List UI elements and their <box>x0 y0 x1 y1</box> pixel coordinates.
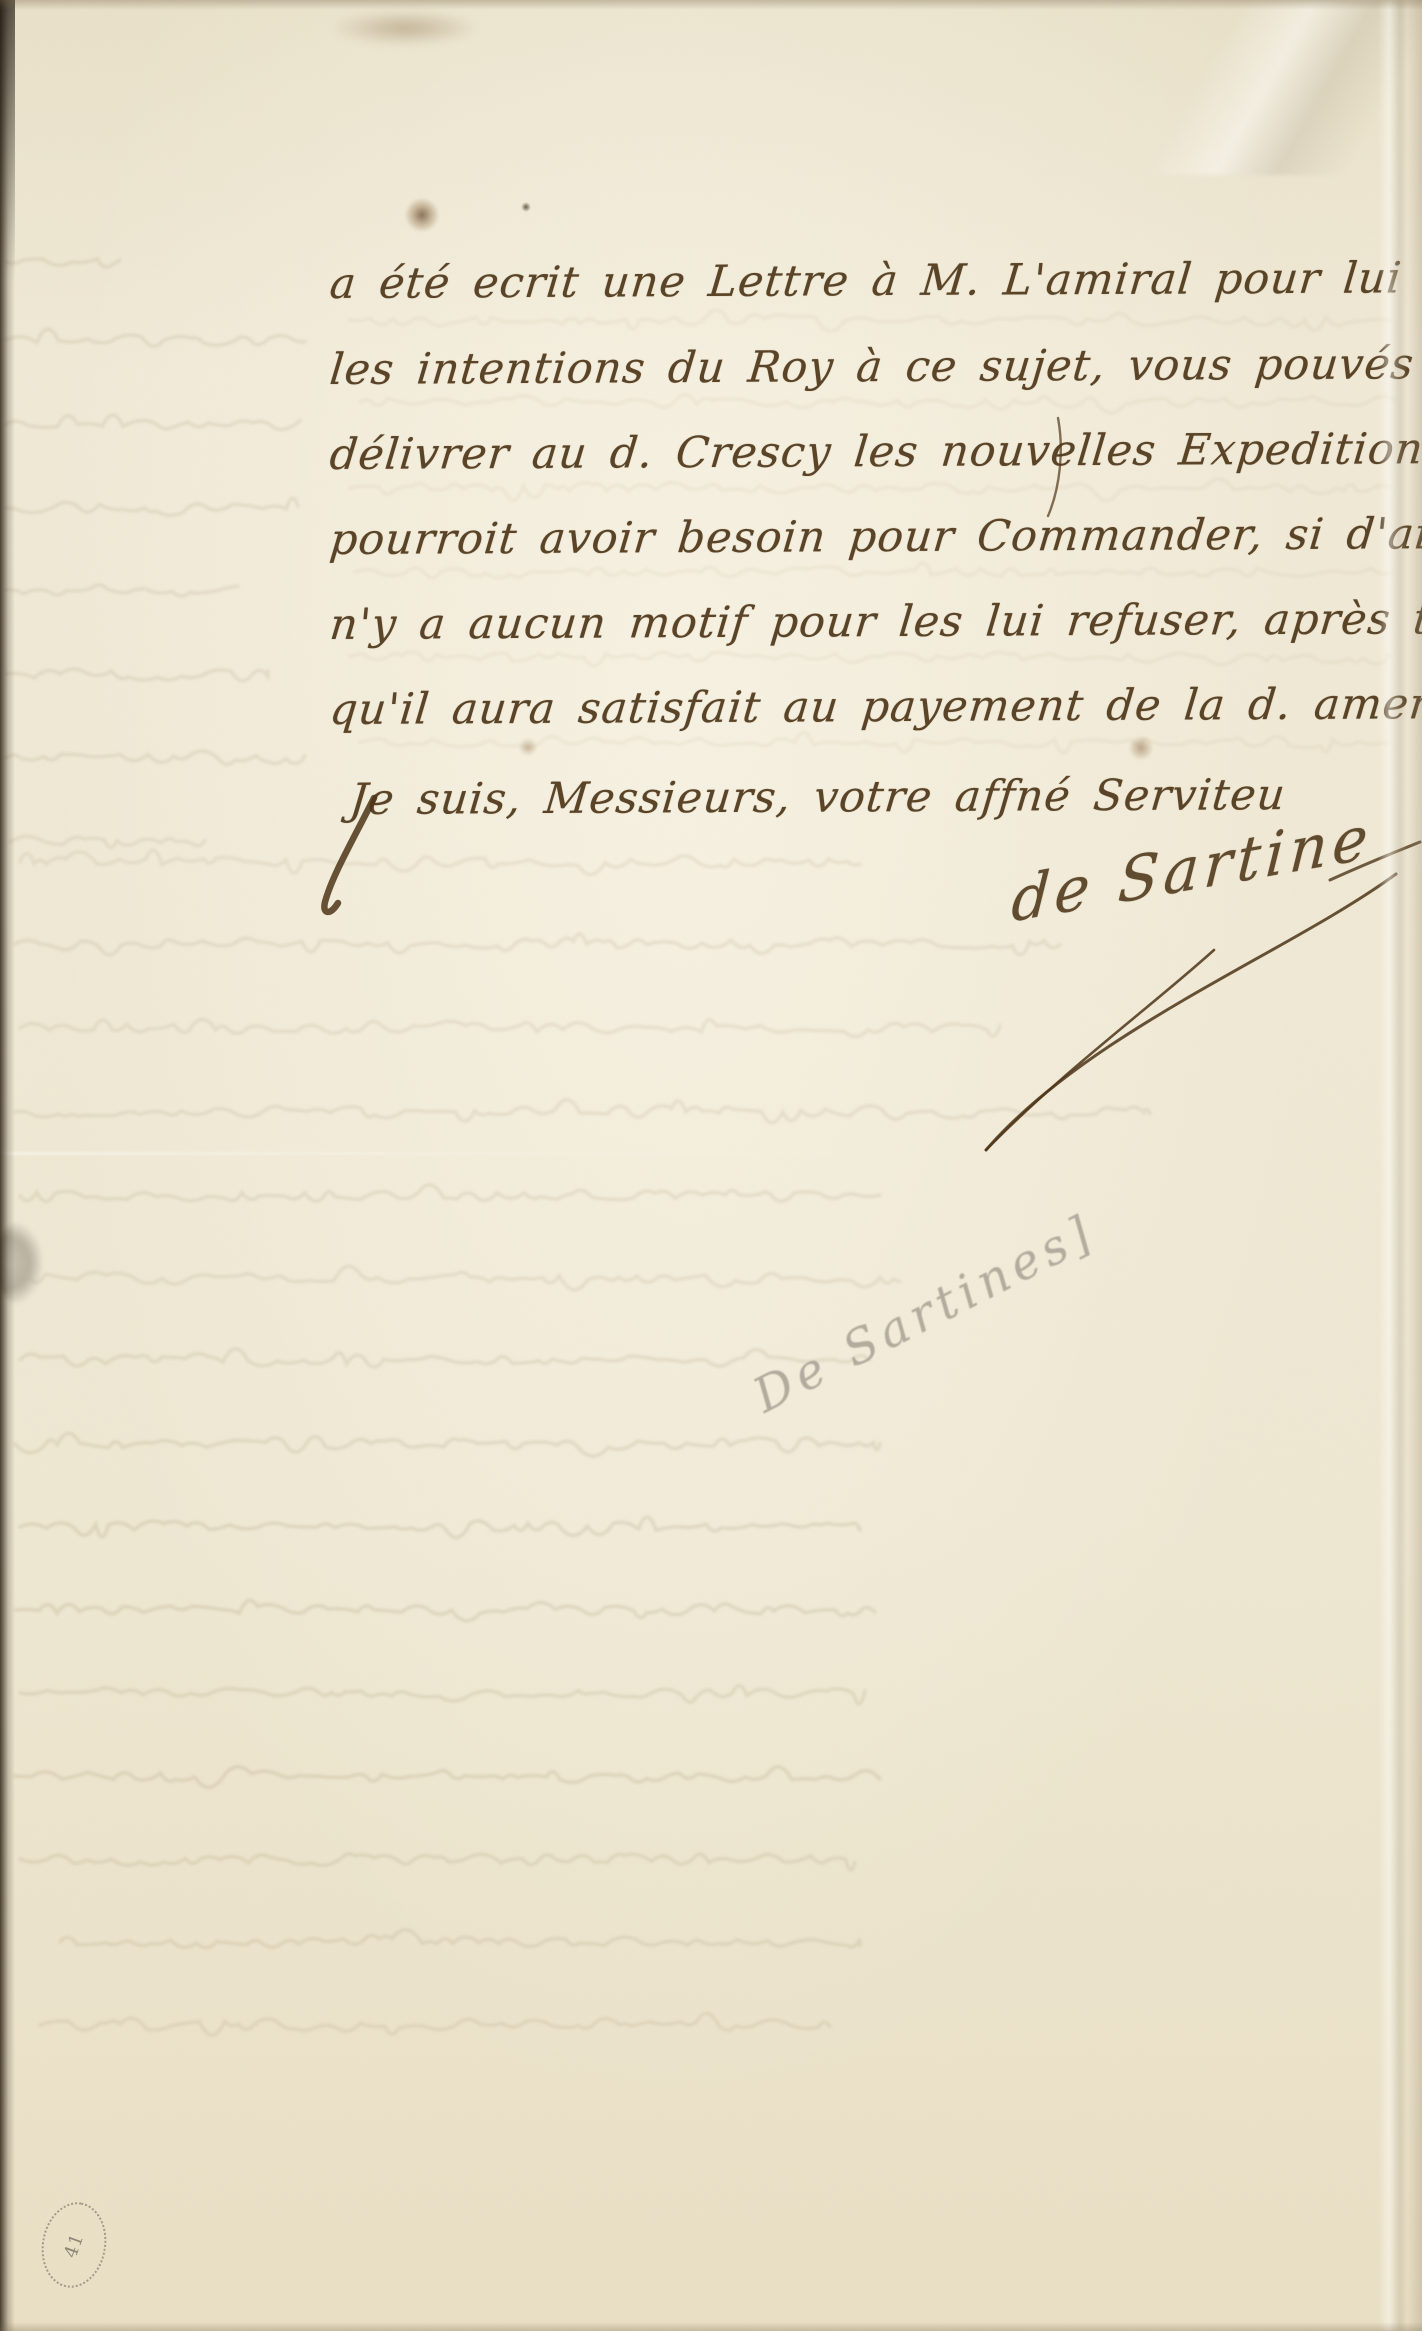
scan-edge-shadow <box>0 0 1422 10</box>
archival-page-number: 41 <box>60 2230 88 2261</box>
ink-stain <box>521 202 531 212</box>
ink-stain <box>518 738 538 756</box>
closing-line: Je suis, Messieurs, votre affné Serviteu <box>347 767 1288 828</box>
ink-stain <box>404 198 440 232</box>
manuscript-line: qu'il aura satisfait au payement de la d… <box>327 676 1422 738</box>
scan-edge-shadow <box>0 2322 1422 2331</box>
manuscript-page: a été ecrit une Lettre à M. L'amiral pou… <box>0 0 1422 2331</box>
scan-edge-shadow <box>0 0 15 2331</box>
manuscript-line: n'y a aucun motif pour les lui refuser, … <box>327 591 1422 653</box>
fold-crease <box>0 1152 1422 1155</box>
manuscript-line: les intentions du Roy à ce sujet, vous p… <box>327 336 1422 398</box>
scan-edge-shadow <box>1406 0 1422 2331</box>
manuscript-line: délivrer au d. Crescy les nouvelles Expe… <box>327 421 1422 483</box>
manuscript-line: pourroit avoir besoin pour Commander, si… <box>327 506 1422 568</box>
archival-page-number-circle: 41 <box>35 2197 113 2293</box>
fold-crease <box>1378 0 1406 2331</box>
pencil-annotation: De Sartines] <box>745 1203 1105 1424</box>
ink-stain <box>330 10 480 46</box>
corner-crease <box>1092 0 1422 175</box>
manuscript-line: a été ecrit une Lettre à M. L'amiral pou… <box>327 250 1422 312</box>
ink-stain <box>1128 736 1154 760</box>
